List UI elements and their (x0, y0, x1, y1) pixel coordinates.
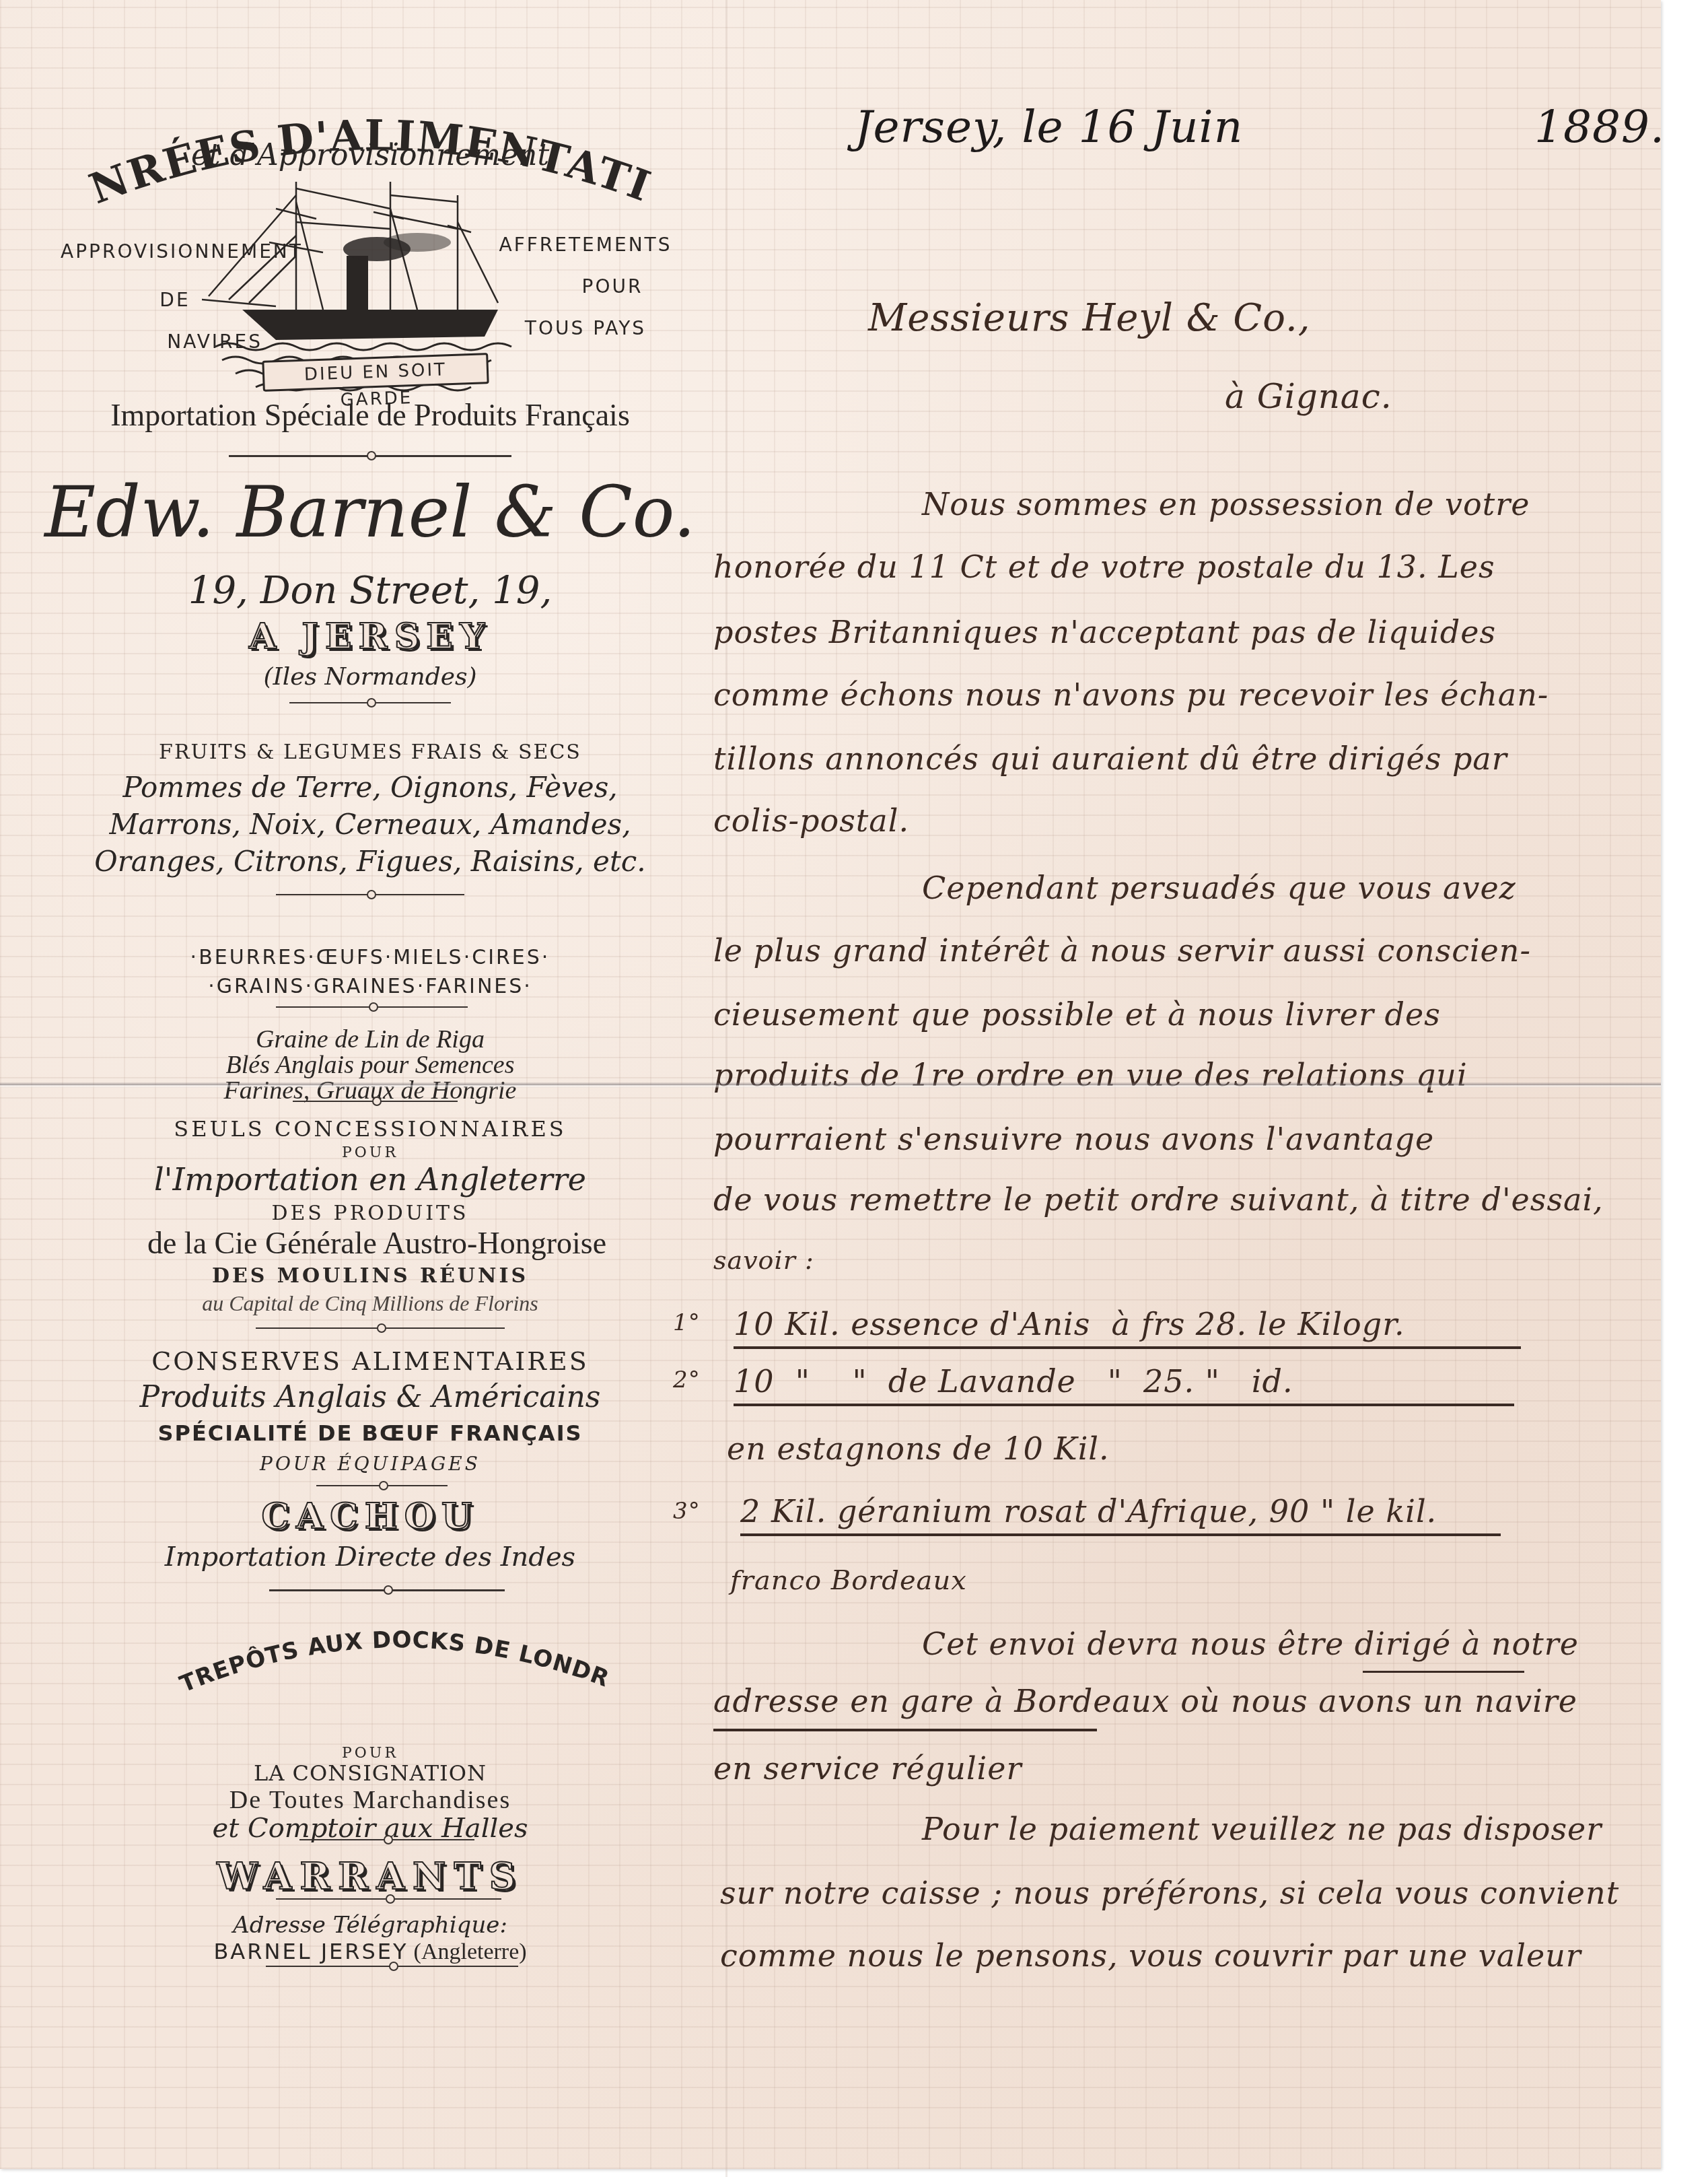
company-city: A JERSEY (40, 616, 700, 657)
divider-ornament (269, 1589, 505, 1591)
concession-script: l'Importation en Angleterre (40, 1161, 700, 1198)
body-line: savoir : (713, 1245, 814, 1275)
shipping-line: Cet envoi devra nous être dirigé à notre (922, 1626, 1579, 1662)
fruits-line-3: Oranges, Citrons, Figues, Raisins, etc. (40, 845, 700, 878)
address-underline (713, 1729, 1097, 1731)
beef-line: SPÉCIALITÉ DE BŒUF FRANÇAIS (40, 1420, 700, 1446)
svg-text:ENTREPÔTS AUX DOCKS DE LONDRES: ENTREPÔTS AUX DOCKS DE LONDRES (155, 1609, 613, 1698)
divider-ornament (299, 1839, 474, 1840)
telegraph-address: BARNEL JERSEY (213, 1939, 408, 1964)
concession-pour: POUR (40, 1144, 700, 1161)
divider-ornament (229, 455, 511, 457)
body-line: de vous remettre le petit ordre suivant,… (713, 1181, 1604, 1218)
body-line: honorée du 11 Ct et de votre postale du … (713, 549, 1495, 585)
conserves-heading: CONSERVES ALIMENTAIRES (40, 1346, 700, 1376)
salutation: Messieurs Heyl & Co., (868, 296, 1311, 340)
docks-arc: ENTREPÔTS AUX DOCKS DE LONDRES (155, 1609, 626, 1703)
order-number: 3° (673, 1498, 701, 1525)
order-item: 10 Kil. essence d'Anis à frs 28. le Kilo… (734, 1306, 1521, 1349)
horizontal-fold-crease (0, 1082, 1661, 1088)
body-line: tillons annoncés qui auraient dû être di… (713, 740, 1507, 777)
divider-ornament (276, 1898, 501, 1900)
consignation: LA CONSIGNATION (40, 1760, 700, 1786)
body-line: le plus grand intérêt à nous servir auss… (713, 932, 1531, 969)
shipping-line: en service régulier (713, 1750, 1022, 1787)
order-number: 1° (673, 1309, 701, 1336)
order-item: 10 " " de Lavande " 25. " id. (734, 1363, 1514, 1406)
concession-capital: au Capital de Cinq Millions de Florins (40, 1291, 700, 1316)
beef-sub: POUR ÉQUIPAGES (40, 1453, 700, 1475)
fruits-line-1: Pommes de Terre, Oignons, Fèves, (40, 771, 700, 804)
concession-products: DES PRODUITS (40, 1202, 700, 1225)
concession-mills: DES MOULINS RÉUNIS (40, 1264, 700, 1288)
concession-company: de la Cie Générale Austro-Hongroise (40, 1225, 713, 1261)
dairy-line-2: ·GRAINS·GRAINES·FARINES· (40, 975, 700, 998)
telegraph-label: Adresse Télégraphique: (40, 1912, 700, 1939)
warrants-heading: WARRANTS (40, 1855, 700, 1898)
place-date: Jersey, le 16 Juin (855, 101, 1243, 153)
body-line: pourraient s'ensuivre nous avons l'avant… (713, 1121, 1434, 1157)
body-line: postes Britanniques n'acceptant pas de l… (713, 614, 1496, 650)
order-note: franco Bordeaux (730, 1565, 967, 1596)
fruits-heading: FRUITS & LEGUMES FRAIS & SECS (40, 740, 700, 764)
order-note: en estagnons de 10 Kil. (727, 1430, 1110, 1467)
import-line: Importation Spéciale de Produits Françai… (40, 397, 700, 433)
cachou-sub: Importation Directe des Indes (40, 1542, 700, 1573)
telegraph-line: BARNEL JERSEY (Angleterre) (40, 1939, 700, 1965)
divider-ornament (266, 1966, 518, 1967)
destination: à Gignac. (1225, 377, 1392, 416)
notre-underline (1363, 1671, 1524, 1673)
concession-heading: SEULS CONCESSIONNAIRES (40, 1116, 700, 1142)
body-line: Cependant persuadés que vous avez (922, 870, 1516, 906)
divider-ornament (276, 1006, 468, 1008)
body-line: comme échons nous n'avons pu recevoir le… (713, 677, 1549, 713)
body-line: cieusement que possible et à nous livrer… (713, 996, 1441, 1033)
divider-ornament (316, 1485, 448, 1486)
shipping-line-text: Cet envoi devra nous être dirigé à notre (922, 1626, 1579, 1662)
divider-ornament (293, 1101, 458, 1102)
conserves-script: Produits Anglais & Américains (40, 1380, 700, 1414)
company-name: Edw. Barnel & Co. (40, 471, 700, 553)
company-address: 19, Don Street, 19, (40, 569, 700, 613)
payment-line: comme nous le pensons, vous couvrir par … (720, 1937, 1581, 1974)
cachou-heading: CACHOU (40, 1496, 700, 1537)
payment-line: sur notre caisse ; nous préférons, si ce… (720, 1875, 1619, 1911)
body-line: Nous sommes en possession de votre (922, 486, 1530, 522)
docks-pour: POUR (40, 1745, 700, 1762)
telegraph-country: (Angleterre) (414, 1939, 527, 1964)
subtitle-script: et d'Approvisionnement (40, 138, 700, 172)
payment-line: Pour le paiement veuillez ne pas dispose… (922, 1811, 1602, 1847)
order-item: 2 Kil. géranium rosat d'Afrique, 90 " le… (740, 1493, 1501, 1536)
letter-year: 1889. (1534, 101, 1665, 153)
company-region: (Iles Normandes) (40, 663, 700, 691)
order-number: 2° (673, 1367, 701, 1393)
body-line: colis-postal. (713, 802, 909, 839)
divider-ornament (256, 1327, 505, 1329)
dairy-line-1: ·BEURRES·ŒUFS·MIELS·CIRES· (40, 946, 700, 969)
fruits-line-2: Marrons, Noix, Cerneaux, Amandes, (40, 808, 700, 841)
marchandises: De Toutes Marchandises (40, 1785, 700, 1815)
shipping-line: adresse en gare à Bordeaux où nous avons… (713, 1683, 1577, 1719)
divider-ornament (276, 894, 464, 895)
divider-ornament (289, 702, 451, 703)
